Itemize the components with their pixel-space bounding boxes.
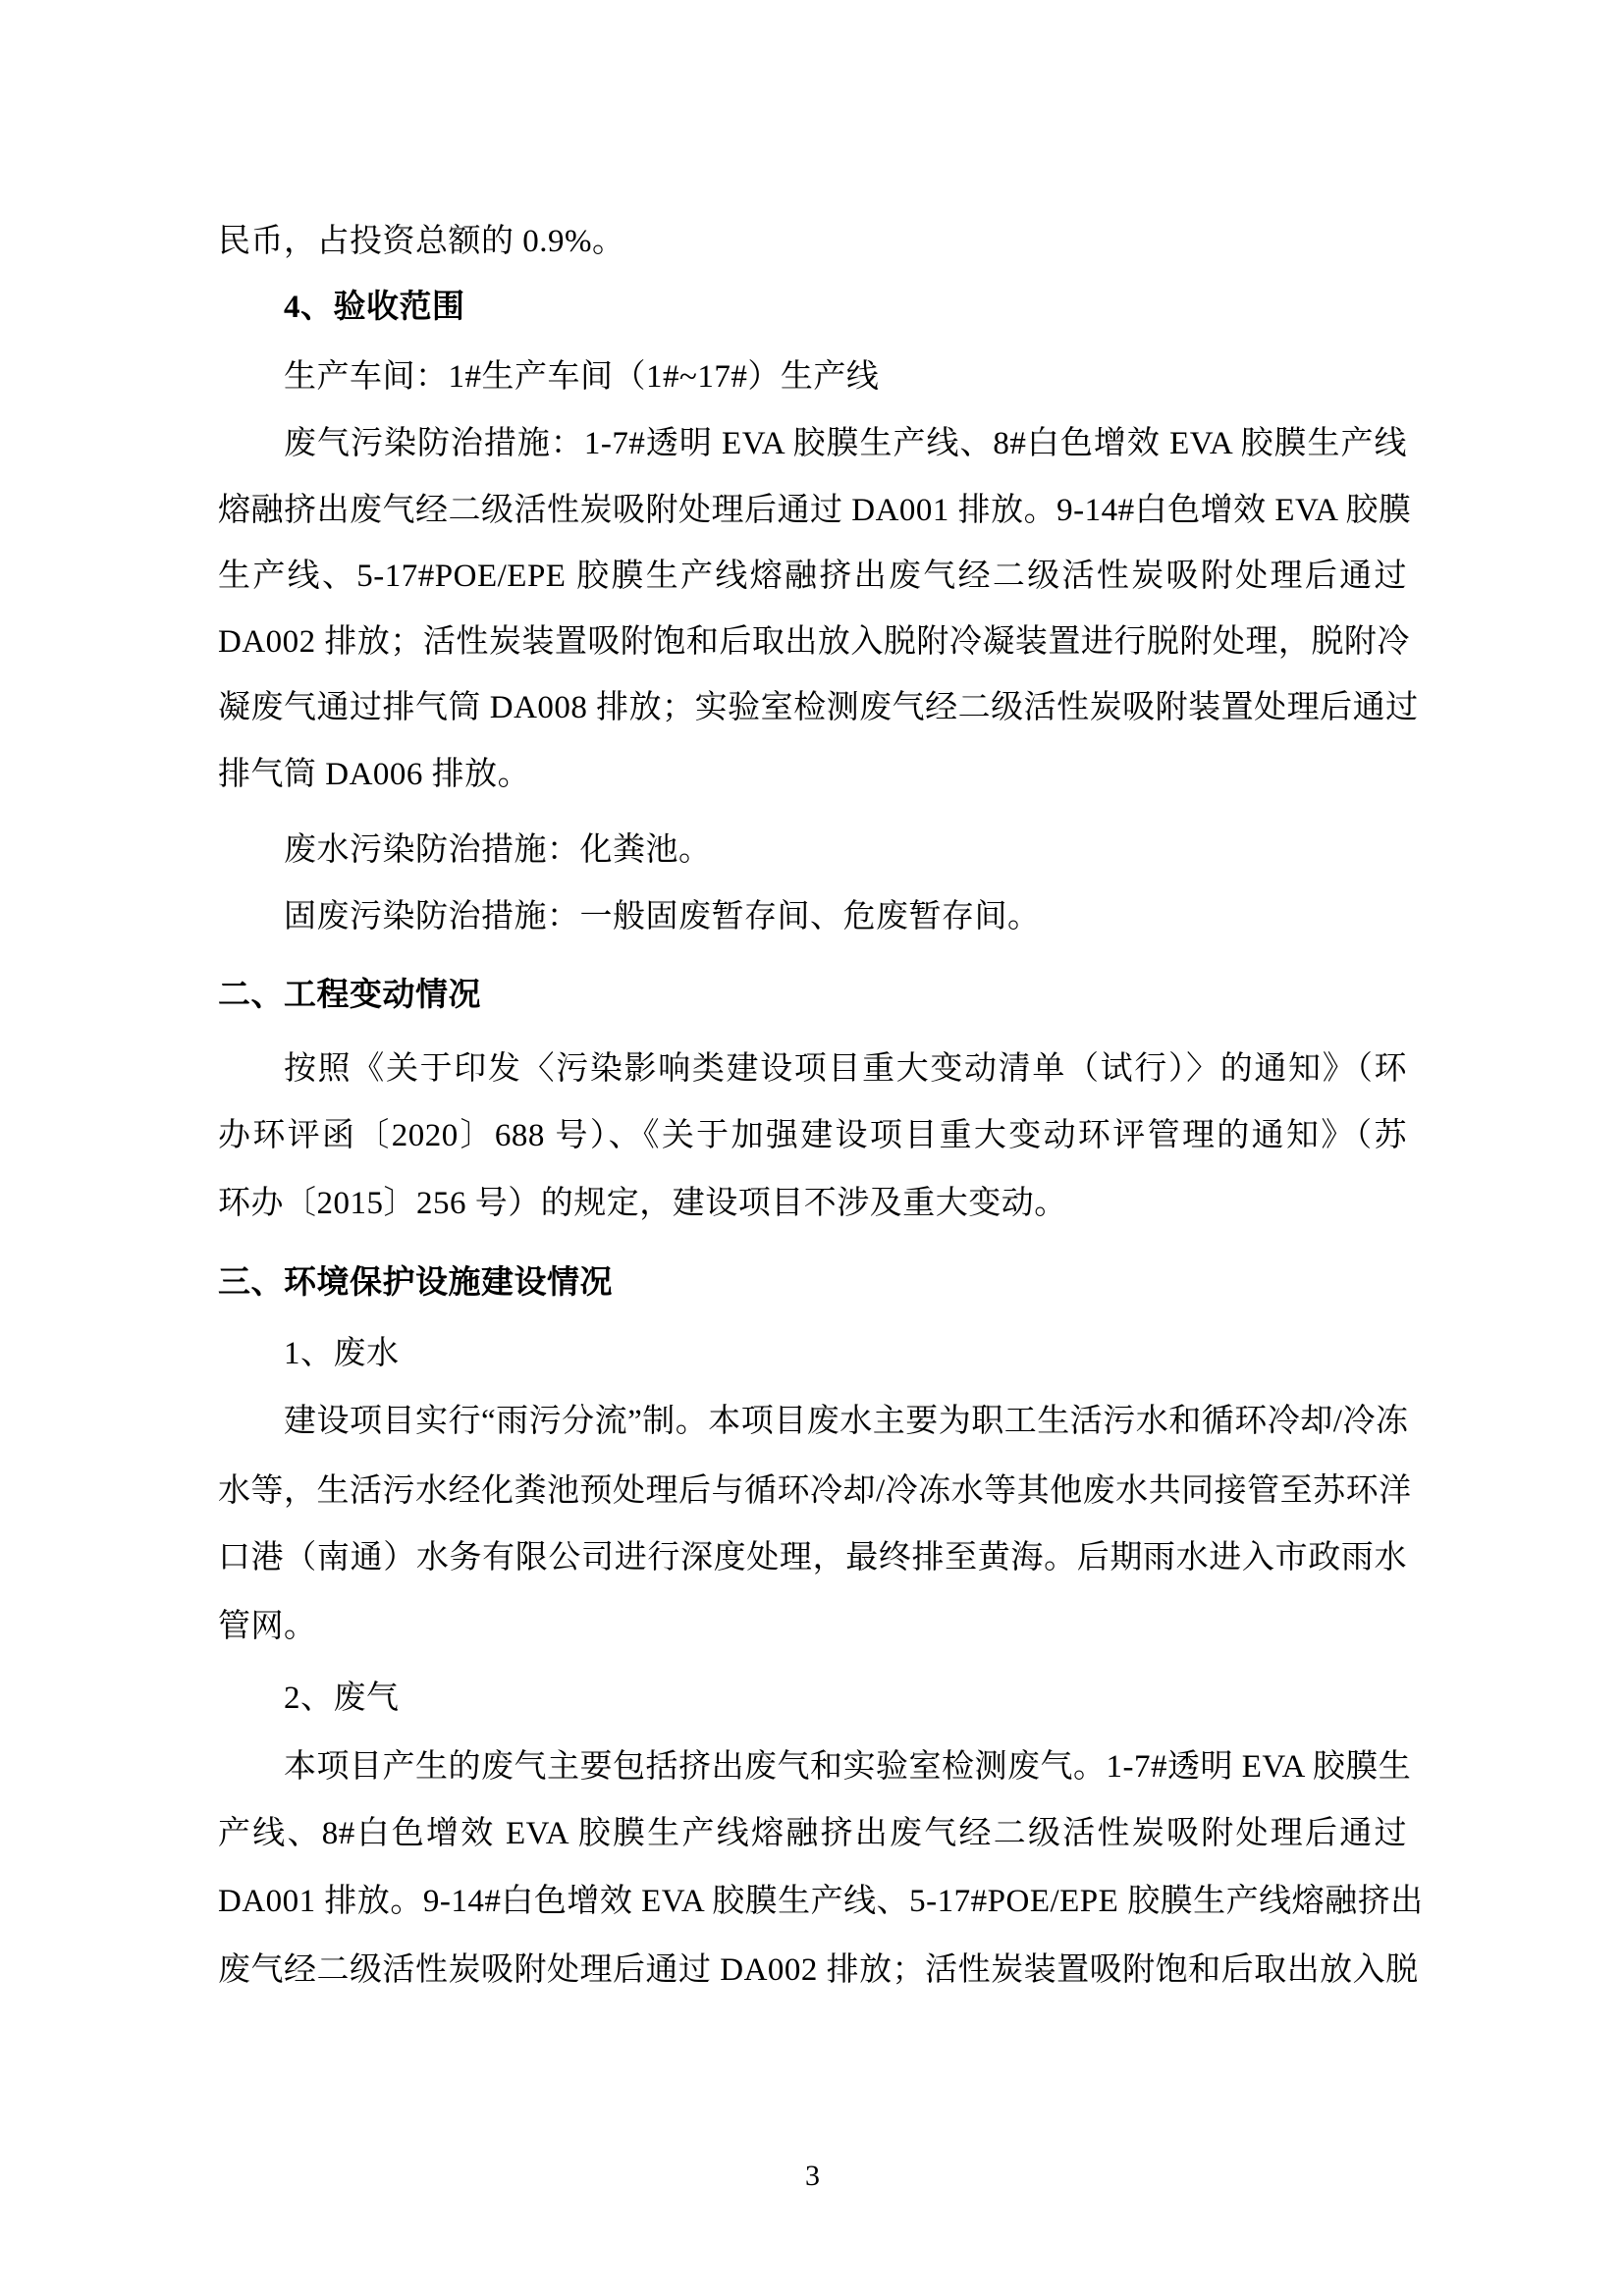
document-page: 民币，占投资总额的 0.9%。 4、验收范围 生产车间：1#生产车间（1#~17…	[0, 0, 1624, 2296]
text-line: 本项目产生的废气主要包括挤出废气和实验室检测废气。1-7#透明 EVA 胶膜生	[218, 1746, 1407, 1788]
text-line: 管网。	[218, 1606, 1407, 1647]
subsection-heading: 1、废水	[218, 1333, 1407, 1374]
text-line: 生产线、5-17#POE/EPE 胶膜生产线熔融挤出废气经二级活性炭吸附处理后通…	[218, 556, 1407, 597]
text-line: 排气筒 DA006 排放。	[218, 754, 1407, 795]
subsection-heading: 2、废气	[218, 1678, 1407, 1719]
text-line: 废气经二级活性炭吸附处理后通过 DA002 排放；活性炭装置吸附饱和后取出放入脱	[218, 1949, 1407, 1991]
text-line: 环办〔2015〕256 号）的规定，建设项目不涉及重大变动。	[218, 1183, 1407, 1224]
text-line: DA002 排放；活性炭装置吸附饱和后取出放入脱附冷凝装置进行脱附处理，脱附冷	[218, 621, 1407, 663]
text-line: 口港（南通）水务有限公司进行深度处理，最终排至黄海。后期雨水进入市政雨水	[218, 1537, 1407, 1578]
section-heading: 三、环境保护设施建设情况	[218, 1262, 1407, 1304]
section-heading: 二、工程变动情况	[218, 975, 1407, 1016]
text-line: 生产车间：1#生产车间（1#~17#）生产线	[218, 356, 1407, 398]
section-heading: 4、验收范围	[218, 287, 1407, 328]
text-line: 办环评函〔2020〕688 号）、《关于加强建设项目重大变动环评管理的通知》（苏	[218, 1115, 1407, 1156]
text-line: 固废污染防治措施：一般固废暂存间、危废暂存间。	[218, 896, 1407, 937]
text-line: 废气污染防治措施：1-7#透明 EVA 胶膜生产线、8#白色增效 EVA 胶膜生…	[218, 423, 1407, 464]
text-line: 废水污染防治措施：化粪池。	[218, 829, 1407, 871]
text-line: DA001 排放。9-14#白色增效 EVA 胶膜生产线、5-17#POE/EP…	[218, 1881, 1407, 1922]
text-line: 按照《关于印发〈污染影响类建设项目重大变动清单（试行）〉的通知》（环	[218, 1048, 1407, 1090]
text-line: 水等，生活污水经化粪池预处理后与循环冷却/冷冻水等其他废水共同接管至苏环洋	[218, 1470, 1407, 1512]
page-number: 3	[218, 2158, 1407, 2195]
text-line: 民币，占投资总额的 0.9%。	[218, 221, 1407, 262]
text-line: 建设项目实行“雨污分流”制。本项目废水主要为职工生活污水和循环冷却/冷冻	[218, 1401, 1407, 1442]
text-line: 产线、8#白色增效 EVA 胶膜生产线熔融挤出废气经二级活性炭吸附处理后通过	[218, 1813, 1407, 1854]
text-line: 凝废气通过排气筒 DA008 排放；实验室检测废气经二级活性炭吸附装置处理后通过	[218, 687, 1407, 728]
text-line: 熔融挤出废气经二级活性炭吸附处理后通过 DA001 排放。9-14#白色增效 E…	[218, 490, 1407, 531]
